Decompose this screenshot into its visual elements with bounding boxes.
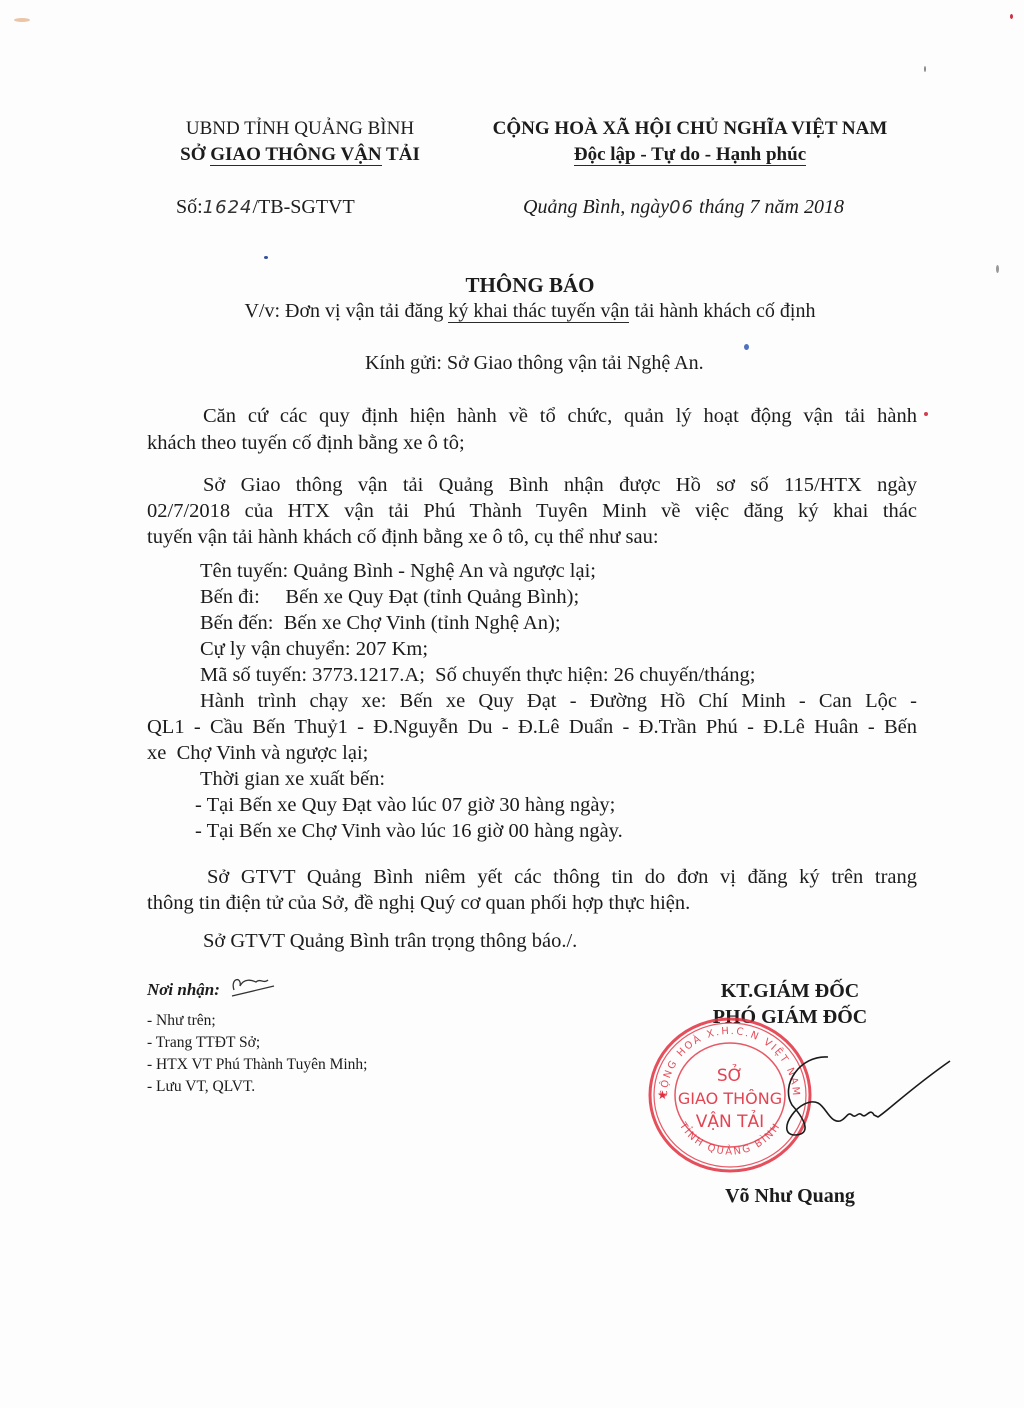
addressee: Kính gửi: Sở Giao thông vận tải Nghệ An.: [365, 352, 704, 375]
scan-artifact: [924, 412, 928, 416]
route-distance: Cự ly vận chuyển: 207 Km;: [200, 638, 970, 661]
route-destination: Bến đến: Bến xe Chợ Vinh (tỉnh Nghệ An);: [200, 612, 970, 635]
issuing-department: SỞ GIAO THÔNG VẬN TẢI: [130, 144, 470, 166]
para1-line: Căn cứ các quy định hiện hành về tổ chức…: [203, 405, 917, 428]
dept-underlined: GIAO THÔNG VẬN: [210, 144, 381, 166]
para3-line: Sở GTVT Quảng Bình niêm yết các thông ti…: [207, 866, 917, 889]
scan-artifact: [264, 256, 268, 259]
subject-suffix: tải hành khách cố định: [629, 300, 815, 322]
dept-prefix: SỞ: [180, 144, 210, 165]
itinerary-line: QL1 - Cầu Bến Thuỷ1 - Đ.Nguyễn Du - Đ.Lê…: [147, 716, 917, 739]
document-subject: V/v: Đơn vị vận tải đăng ký khai thác tu…: [0, 300, 1024, 323]
recipient-item: - Trang TTĐT Sở;: [147, 1032, 260, 1054]
scan-artifact: [996, 265, 999, 273]
motto-text: Độc lập - Tự do - Hạnh phúc: [574, 144, 806, 166]
itinerary-line: Hành trình chạy xe: Bến xe Quy Đạt - Đườ…: [200, 690, 917, 713]
document-number: Số:1624/TB-SGTVT: [176, 196, 355, 219]
para2-line: tuyến vận tải hành khách cố định bằng xe…: [147, 526, 917, 549]
route-code: Mã số tuyến: 3773.1217.A; Số chuyến thực…: [200, 664, 970, 687]
national-motto: Độc lập - Tự do - Hạnh phúc: [455, 144, 925, 166]
svg-text:★: ★: [657, 1088, 668, 1102]
departure-time: - Tại Bến xe Chợ Vinh vào lúc 16 giờ 00 …: [195, 820, 965, 843]
route-name: Tên tuyến: Quảng Bình - Nghệ An và ngược…: [200, 560, 970, 583]
scan-artifact: [1010, 14, 1013, 19]
para2-line: 02/7/2018 của HTX vận tải Phú Thành Tuyê…: [147, 500, 917, 523]
doc-number-suffix: /TB-SGTVT: [253, 196, 355, 218]
date-day-handwritten: 06: [669, 197, 694, 218]
scan-artifact: [924, 66, 926, 72]
initials-scribble-icon: [228, 972, 278, 1000]
svg-text:SỞ: SỞ: [717, 1063, 743, 1086]
para2-line: Sở Giao thông vận tải Quảng Bình nhận đư…: [203, 474, 917, 497]
recipients-label: Nơi nhận:: [147, 980, 220, 1000]
closing-line: Sở GTVT Quảng Bình trân trọng thông báo.…: [203, 930, 973, 953]
svg-text:VẬN TẢI: VẬN TẢI: [696, 1109, 764, 1132]
doc-number-label: Số:: [176, 196, 203, 218]
national-title: CỘNG HOÀ XÃ HỘI CHỦ NGHĨA VIỆT NAM: [455, 118, 925, 140]
scan-artifact: [14, 18, 30, 22]
handwritten-signature-icon: [760, 1045, 960, 1145]
signer-name: Võ Như Quang: [640, 1185, 940, 1208]
scan-artifact: [744, 344, 749, 350]
itinerary-line: xe Chợ Vinh và ngược lại;: [147, 742, 917, 765]
signature-title-1: KT.GIÁM ĐỐC: [640, 980, 940, 1003]
route-origin: Bến đi: Bến xe Quy Đạt (tỉnh Quảng Bình)…: [200, 586, 970, 609]
recipient-item: - Như trên;: [147, 1010, 216, 1032]
dept-suffix: TẢI: [382, 144, 420, 165]
subject-underlined: ký khai thác tuyến vận: [448, 300, 629, 323]
issuing-authority: UBND TỈNH QUẢNG BÌNH: [130, 118, 470, 140]
subject-prefix: V/v: Đơn vị vận tải đăng: [244, 300, 448, 322]
departure-heading: Thời gian xe xuất bến:: [200, 768, 970, 791]
departure-time: - Tại Bến xe Quy Đạt vào lúc 07 giờ 30 h…: [195, 794, 965, 817]
document-title: THÔNG BÁO: [0, 273, 1024, 298]
para3-line: thông tin điện tử của Sở, đề nghị Quý cơ…: [147, 892, 917, 915]
recipient-item: - Lưu VT, QLVT.: [147, 1076, 255, 1098]
date-suffix: tháng 7 năm 2018: [694, 196, 844, 218]
document-date: Quảng Bình, ngày06 tháng 7 năm 2018: [523, 196, 844, 219]
para1-line: khách theo tuyến cố định bằng xe ô tô;: [147, 432, 917, 455]
recipient-item: - HTX VT Phú Thành Tuyên Minh;: [147, 1054, 367, 1076]
doc-number-handwritten: 1624: [203, 197, 253, 218]
date-prefix: Quảng Bình, ngày: [523, 196, 669, 218]
